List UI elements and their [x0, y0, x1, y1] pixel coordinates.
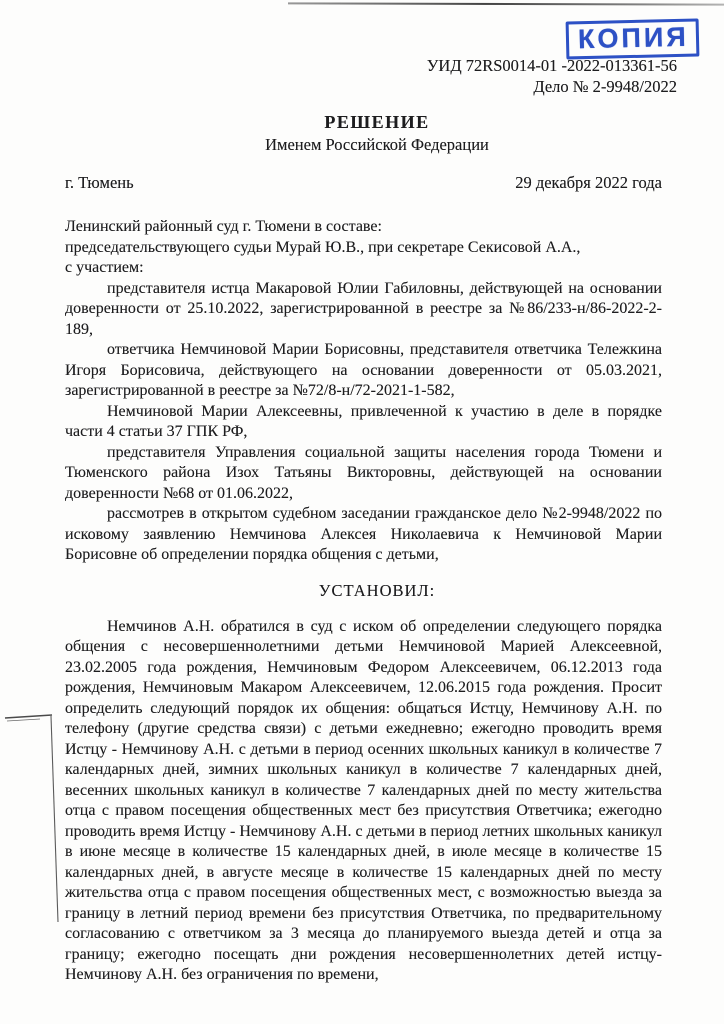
scan-artifact-fold-line: [0, 706, 70, 936]
decision-body-block: Немчинов А.Н. обратился в суд с иском об…: [65, 617, 662, 986]
scan-artifact-top-edge: [288, 2, 724, 5]
place-date-row: г. Тюмень 29 декабря 2022 года: [65, 173, 662, 193]
case-number-line: Дело № 2-9948/2022: [0, 76, 677, 97]
preamble-block: Ленинский районный суд г. Тюмени в соста…: [65, 217, 662, 566]
decision-date: 29 декабря 2022 года: [515, 173, 662, 193]
copy-stamp: КОПИЯ: [566, 18, 700, 59]
preamble-paragraph: Немчиновой Марии Алексеевны, привлеченно…: [65, 402, 662, 443]
scanned-court-document-page: КОПИЯ УИД 72RS0014-01 -2022-013361-56 Де…: [0, 0, 724, 1024]
body-paragraph: Немчинов А.Н. обратился в суд с иском об…: [65, 617, 662, 986]
preamble-paragraph: представителя Управления социальной защи…: [65, 443, 662, 505]
preamble-paragraph: рассмотрев в открытом судебном заседании…: [65, 504, 662, 566]
preamble-paragraph: представителя истца Макаровой Юлии Габил…: [65, 279, 662, 341]
document-title: РЕШЕНИЕ: [0, 112, 724, 133]
preamble-paragraph: с участием:: [65, 258, 662, 279]
document-subtitle: Именем Российской Федерации: [0, 135, 724, 155]
established-section-heading: УСТАНОВИЛ:: [30, 581, 724, 601]
case-header-block: УИД 72RS0014-01 -2022-013361-56 Дело № 2…: [0, 55, 677, 97]
city-label: г. Тюмень: [65, 173, 134, 193]
preamble-paragraph: председательствующего судьи Мурай Ю.В., …: [65, 238, 662, 259]
preamble-paragraph: ответчика Немчиновой Марии Борисовны, пр…: [65, 340, 662, 402]
preamble-paragraph: Ленинский районный суд г. Тюмени в соста…: [65, 217, 662, 238]
